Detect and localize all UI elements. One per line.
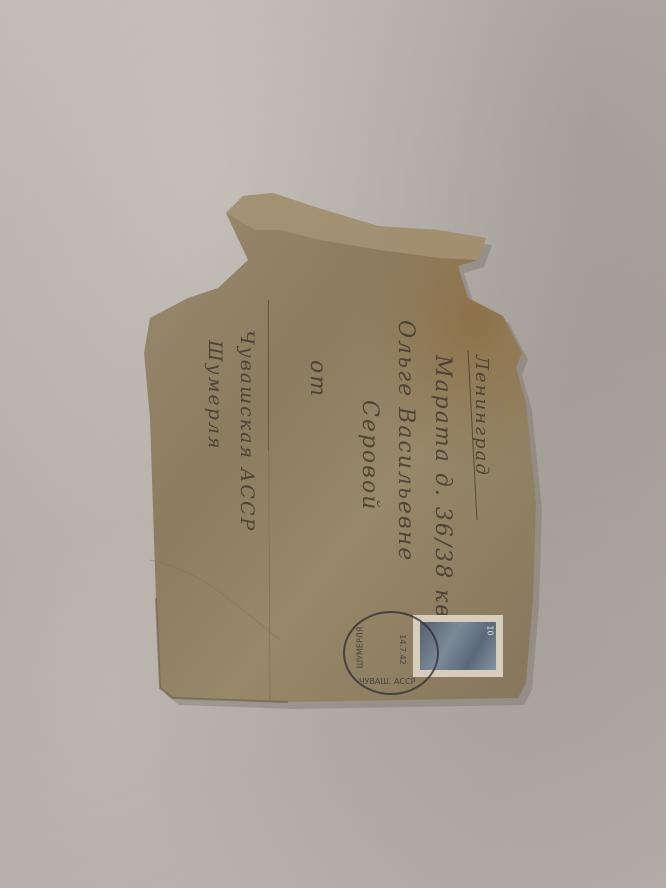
postmark-region: ЧУВАШ. АССР [359, 677, 415, 686]
address-line-surname: Серовой [357, 400, 382, 511]
address-line-recipient: Ольге Васильевне [393, 320, 418, 562]
torn-envelope [0, 0, 666, 888]
address-line-street: Марата д. 36/38 кв. [430, 355, 455, 628]
stamp-value: 10 [485, 625, 494, 635]
postmark-town: ШУМЕРЛЯ [355, 627, 364, 669]
address-line-from: от [305, 360, 330, 398]
sender-line-region: Чувашская АССР [236, 330, 258, 532]
sender-line-town: Шумерля [204, 340, 226, 451]
postmark-cancellation: ЧУВАШ. АССР ШУМЕРЛЯ 14.7.42 [343, 611, 439, 695]
sender-underline [268, 300, 269, 450]
postmark-date: 14.7.42 [398, 634, 407, 665]
